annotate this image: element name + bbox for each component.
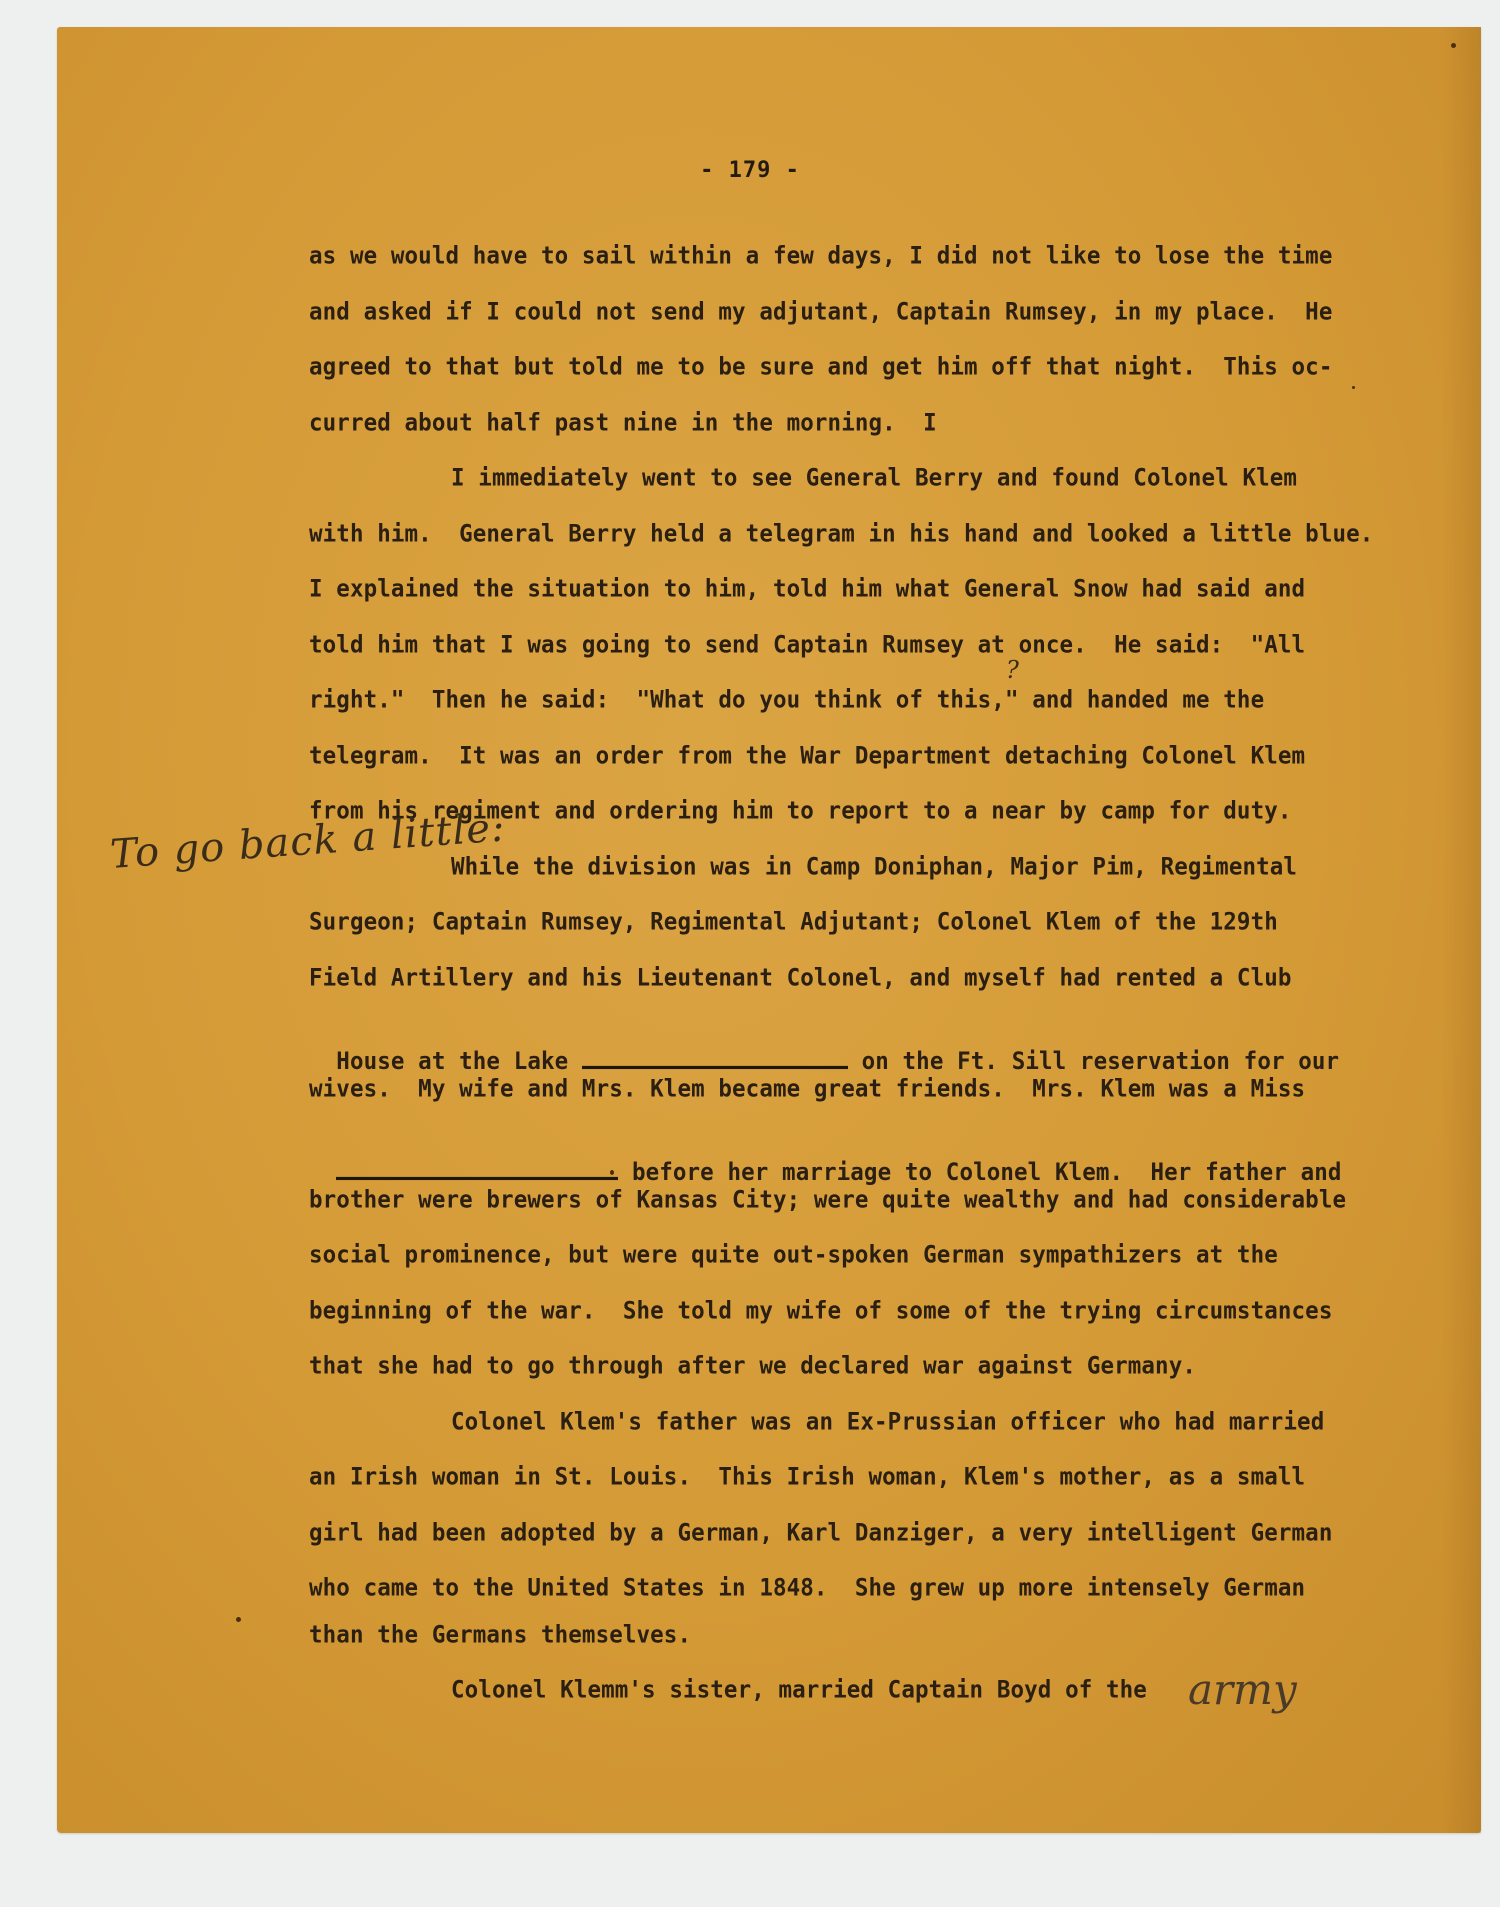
text-line-5: I immediately went to see General Berry … bbox=[451, 463, 1297, 492]
text-line-18: brother were brewers of Kansas City; wer… bbox=[309, 1185, 1346, 1214]
text-line-22: Colonel Klem's father was an Ex-Prussian… bbox=[451, 1407, 1324, 1436]
text-line-10: telegram. It was an order from the War D… bbox=[309, 741, 1305, 770]
text-before-blank: House at the Lake bbox=[336, 1048, 582, 1075]
text-line-17: before her marriage to Colonel Klem. Her… bbox=[309, 1129, 1342, 1188]
text-line-4: curred about half past nine in the morni… bbox=[309, 408, 937, 437]
text-line-6: with him. General Berry held a telegram … bbox=[309, 519, 1373, 548]
text-line-12: While the division was in Camp Doniphan,… bbox=[451, 852, 1297, 881]
text-line-21: that she had to go through after we decl… bbox=[309, 1351, 1196, 1380]
blank-maiden-name bbox=[336, 1158, 618, 1180]
handwritten-final-word: army bbox=[1188, 1665, 1297, 1714]
text-line-14: Field Artillery and his Lieutenant Colon… bbox=[309, 963, 1292, 992]
text-line-13: Surgeon; Captain Rumsey, Regimental Adju… bbox=[309, 907, 1278, 936]
text-after-blank: before her marriage to Colonel Klem. Her… bbox=[618, 1159, 1341, 1186]
paper-speck bbox=[1352, 386, 1355, 389]
paper-speck bbox=[1451, 43, 1456, 48]
text-line-9: right." Then he said: "What do you think… bbox=[309, 685, 1264, 714]
text-line-15: House at the Lake on the Ft. Sill reserv… bbox=[309, 1018, 1339, 1077]
text-line-25: who came to the United States in 1848. S… bbox=[309, 1573, 1305, 1602]
text-line-26: than the Germans themselves. bbox=[309, 1620, 691, 1649]
text-line-20: beginning of the war. She told my wife o… bbox=[309, 1296, 1332, 1325]
handwritten-question-mark: ? bbox=[1006, 656, 1019, 684]
text-line-3: agreed to that but told me to be sure an… bbox=[309, 352, 1332, 381]
text-line-24: girl had been adopted by a German, Karl … bbox=[309, 1518, 1332, 1547]
text-line-16: wives. My wife and Mrs. Klem became grea… bbox=[309, 1074, 1305, 1103]
text-line-23: an Irish woman in St. Louis. This Irish … bbox=[309, 1462, 1305, 1491]
text-line-2: and asked if I could not send my adjutan… bbox=[309, 297, 1332, 326]
blank-lake-name bbox=[582, 1047, 848, 1069]
page-number: - 179 - bbox=[0, 158, 1500, 183]
text-line-19: social prominence, but were quite out-sp… bbox=[309, 1240, 1278, 1269]
paper-speck bbox=[236, 1617, 241, 1622]
paper-speck bbox=[610, 1170, 614, 1175]
text-line-27: Colonel Klemm's sister, married Captain … bbox=[451, 1675, 1147, 1704]
text-line-7: I explained the situation to him, told h… bbox=[309, 574, 1305, 603]
text-after-blank: on the Ft. Sill reservation for our bbox=[848, 1048, 1339, 1075]
text-line-1: as we would have to sail within a few da… bbox=[309, 241, 1332, 270]
text-line-8: told him that I was going to send Captai… bbox=[309, 630, 1305, 659]
